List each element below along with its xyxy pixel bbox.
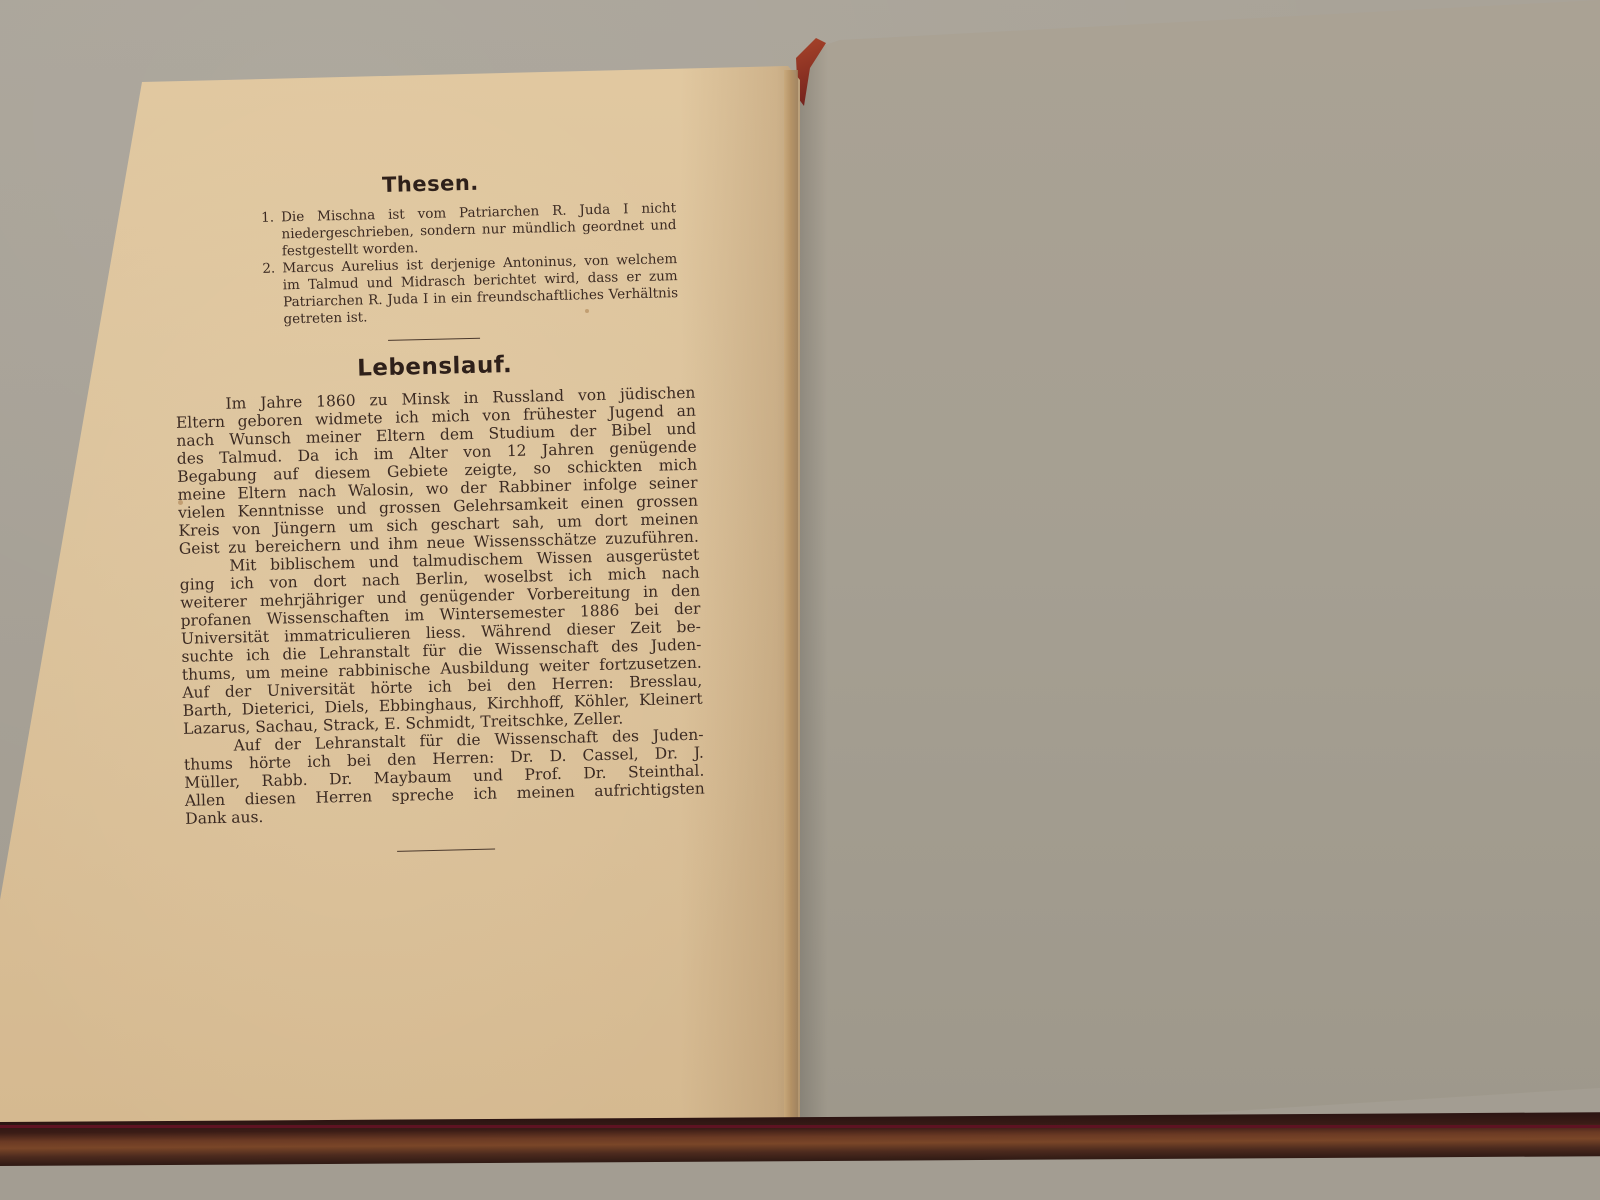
page-gutter — [784, 70, 798, 1130]
section-divider — [388, 338, 480, 341]
cv-paragraph: Auf der Lehranstalt für die Wissenschaft… — [183, 726, 705, 828]
thesis-text: Die Mischna ist vom Patriarchen R. Juda … — [281, 200, 677, 260]
page-content: Thesen. 1. Die Mischna ist vom Patriarch… — [170, 158, 706, 857]
theses-heading: Thesen. — [170, 166, 690, 202]
thesis-text: Marcus Aurelius ist derjenige Antoninus,… — [282, 251, 678, 328]
thesis-number: 2. — [262, 260, 284, 328]
binding-edge — [0, 1125, 1600, 1128]
lebenslauf-heading: Lebenslauf. — [174, 348, 694, 386]
right-endpaper — [800, 0, 1600, 1128]
thesis-item: 2. Marcus Aurelius ist derjenige Antonin… — [262, 251, 678, 329]
cv-paragraph: Im Jahre 1860 zu Minsk in Russland von j… — [175, 384, 699, 558]
cv-paragraph: Mit biblischem und talmudischem Wissen a… — [179, 546, 703, 738]
thesis-number: 1. — [261, 209, 282, 260]
